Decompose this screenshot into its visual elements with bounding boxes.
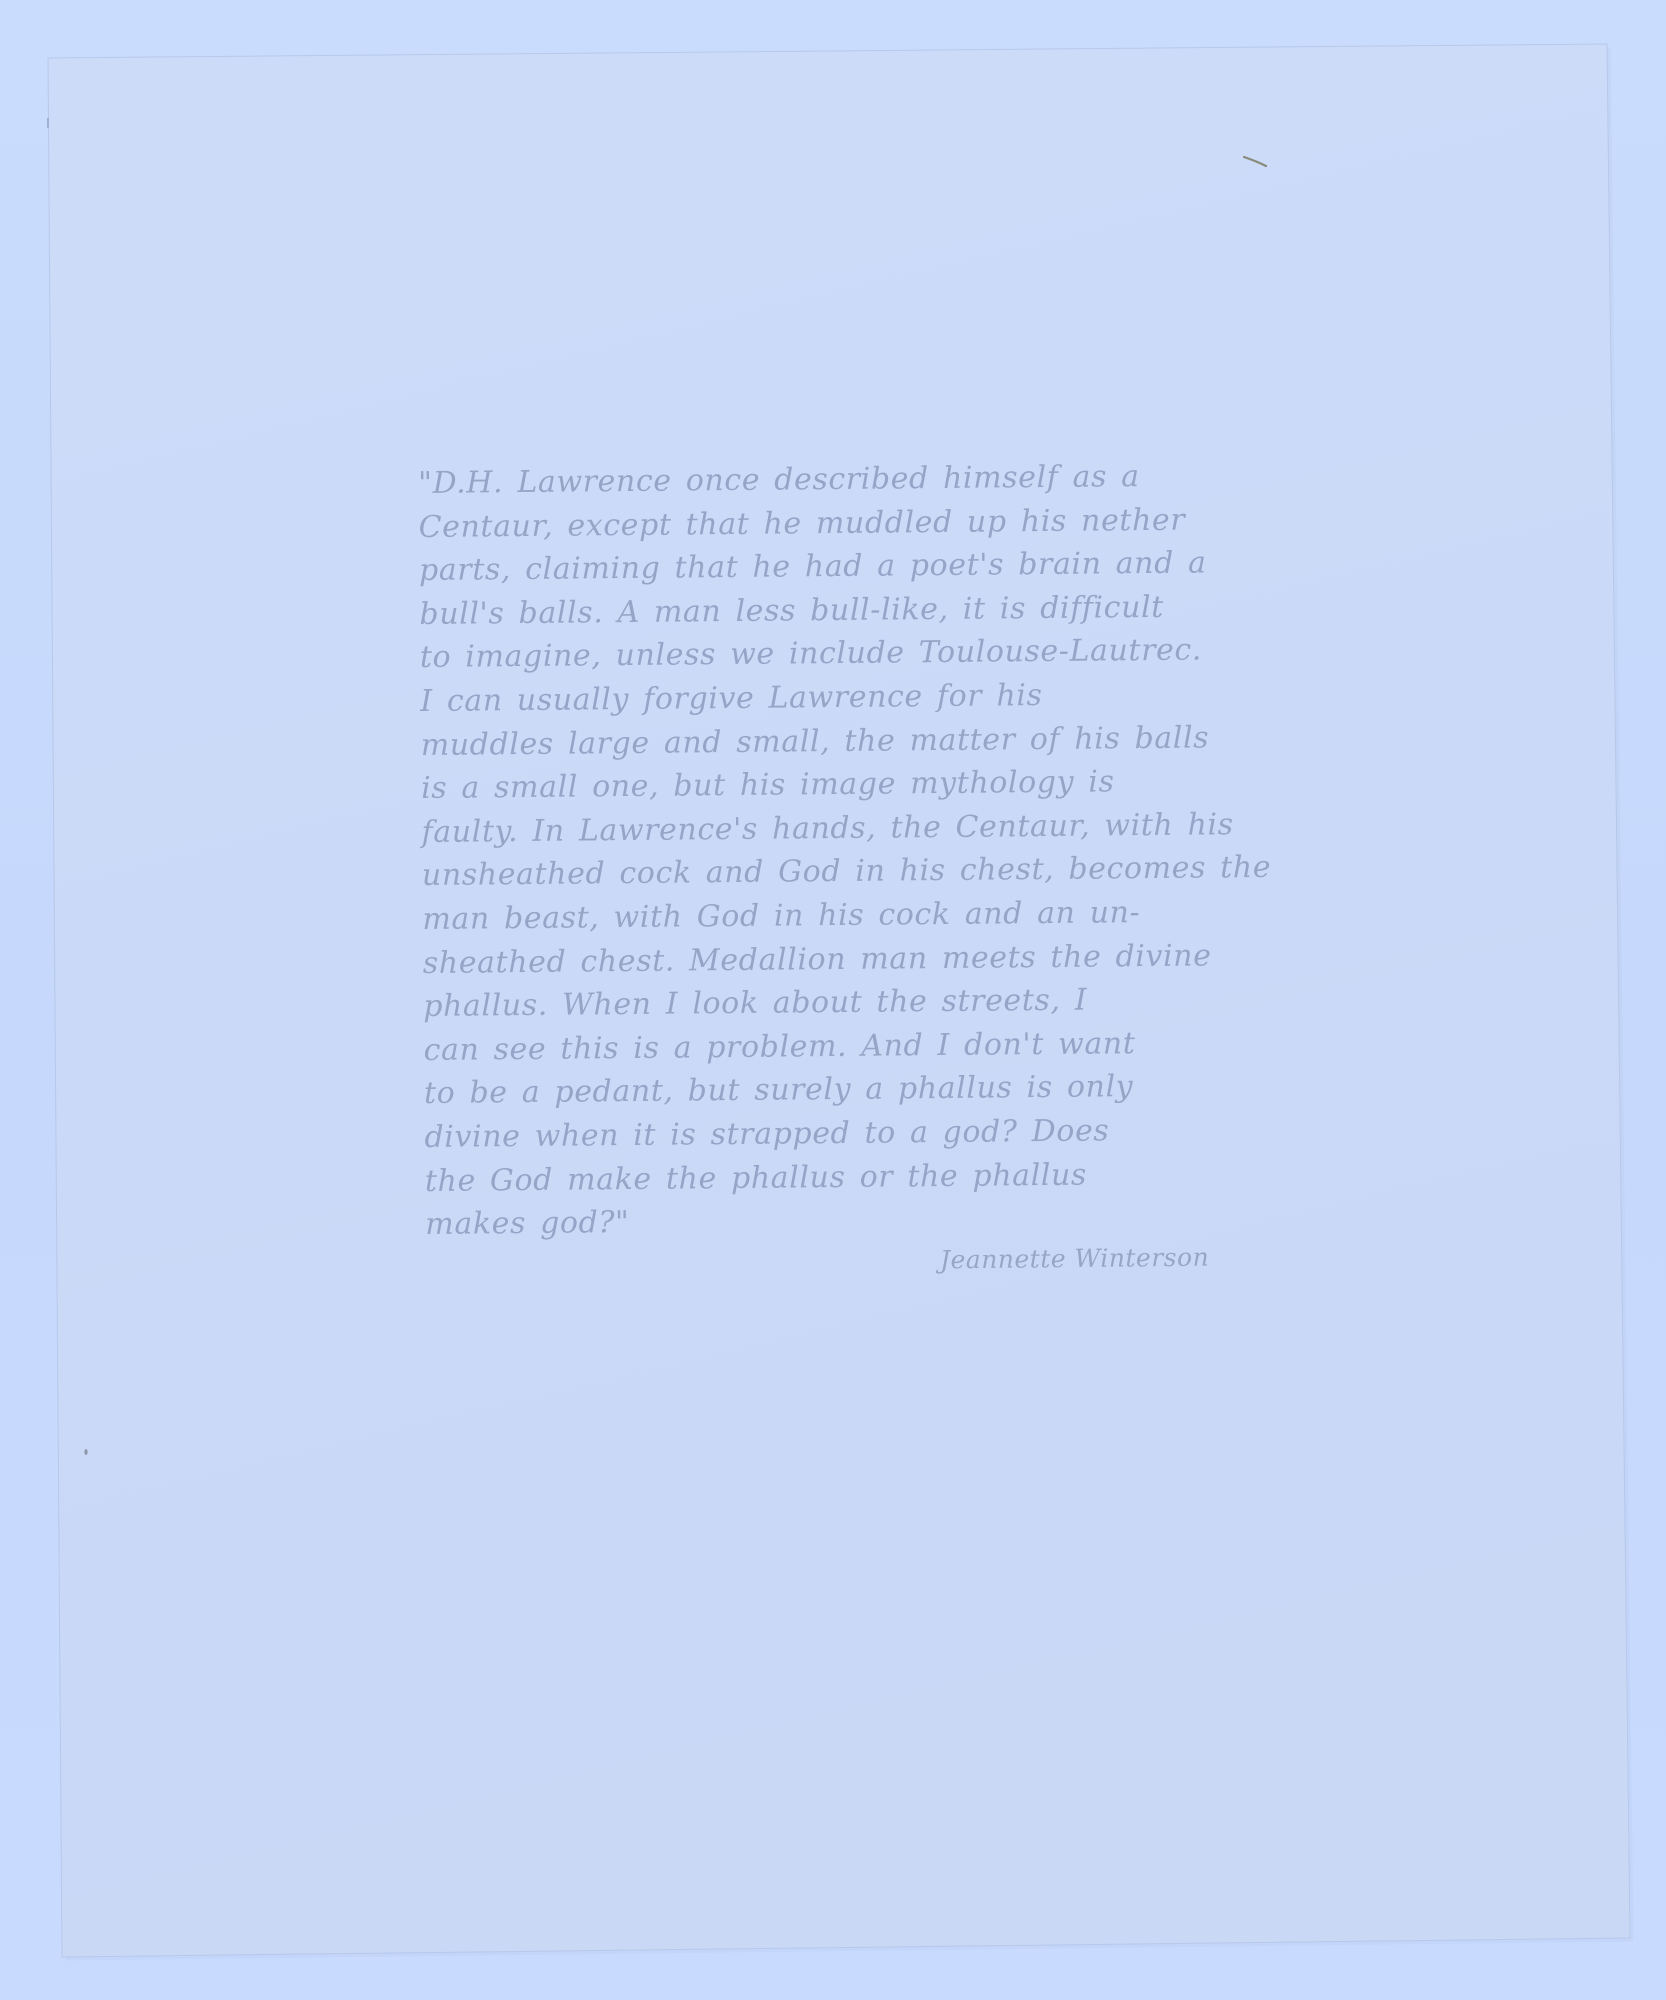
quote-line: to be a pedant, but surely a phallus is …: [424, 1064, 1244, 1115]
photo-scene: "D.H. Lawrence once described himself as…: [0, 0, 1666, 2000]
quote-line: sheathed chest. Medallion man meets the …: [423, 934, 1243, 985]
quote-line: is a small one, but his image mythology …: [421, 759, 1241, 810]
quote-line: unsheathed cock and God in his chest, be…: [422, 846, 1242, 897]
quote-line: divine when it is strapped to a god? Doe…: [424, 1108, 1244, 1159]
quote-line: parts, claiming that he had a poet's bra…: [419, 541, 1239, 592]
quote-line: muddles large and small, the matter of h…: [421, 716, 1241, 767]
quote-line: faulty. In Lawrence's hands, the Centaur…: [421, 803, 1241, 854]
quote-line: "D.H. Lawrence once described himself as…: [418, 454, 1238, 505]
quote-line: Centaur, except that he muddled up his n…: [418, 498, 1238, 549]
quote-line: makes god?": [425, 1195, 1245, 1246]
quote-line: can see this is a problem. And I don't w…: [423, 1021, 1243, 1072]
handwritten-quote: "D.H. Lawrence once described himself as…: [418, 454, 1245, 1247]
dust-fleck-mark: [84, 1449, 87, 1455]
quote-line: phallus. When I look about the streets, …: [423, 977, 1243, 1028]
quote-line: bull's balls. A man less bull-like, it i…: [419, 585, 1239, 636]
attribution-signature: Jeannette Winterson: [940, 1243, 1209, 1275]
quote-line: I can usually forgive Lawrence for his: [420, 672, 1240, 723]
quote-line: to imagine, unless we include Toulouse-L…: [420, 628, 1240, 679]
quote-line: the God make the phallus or the phallus: [425, 1152, 1245, 1203]
quote-line: man beast, with God in his cock and an u…: [422, 890, 1242, 941]
